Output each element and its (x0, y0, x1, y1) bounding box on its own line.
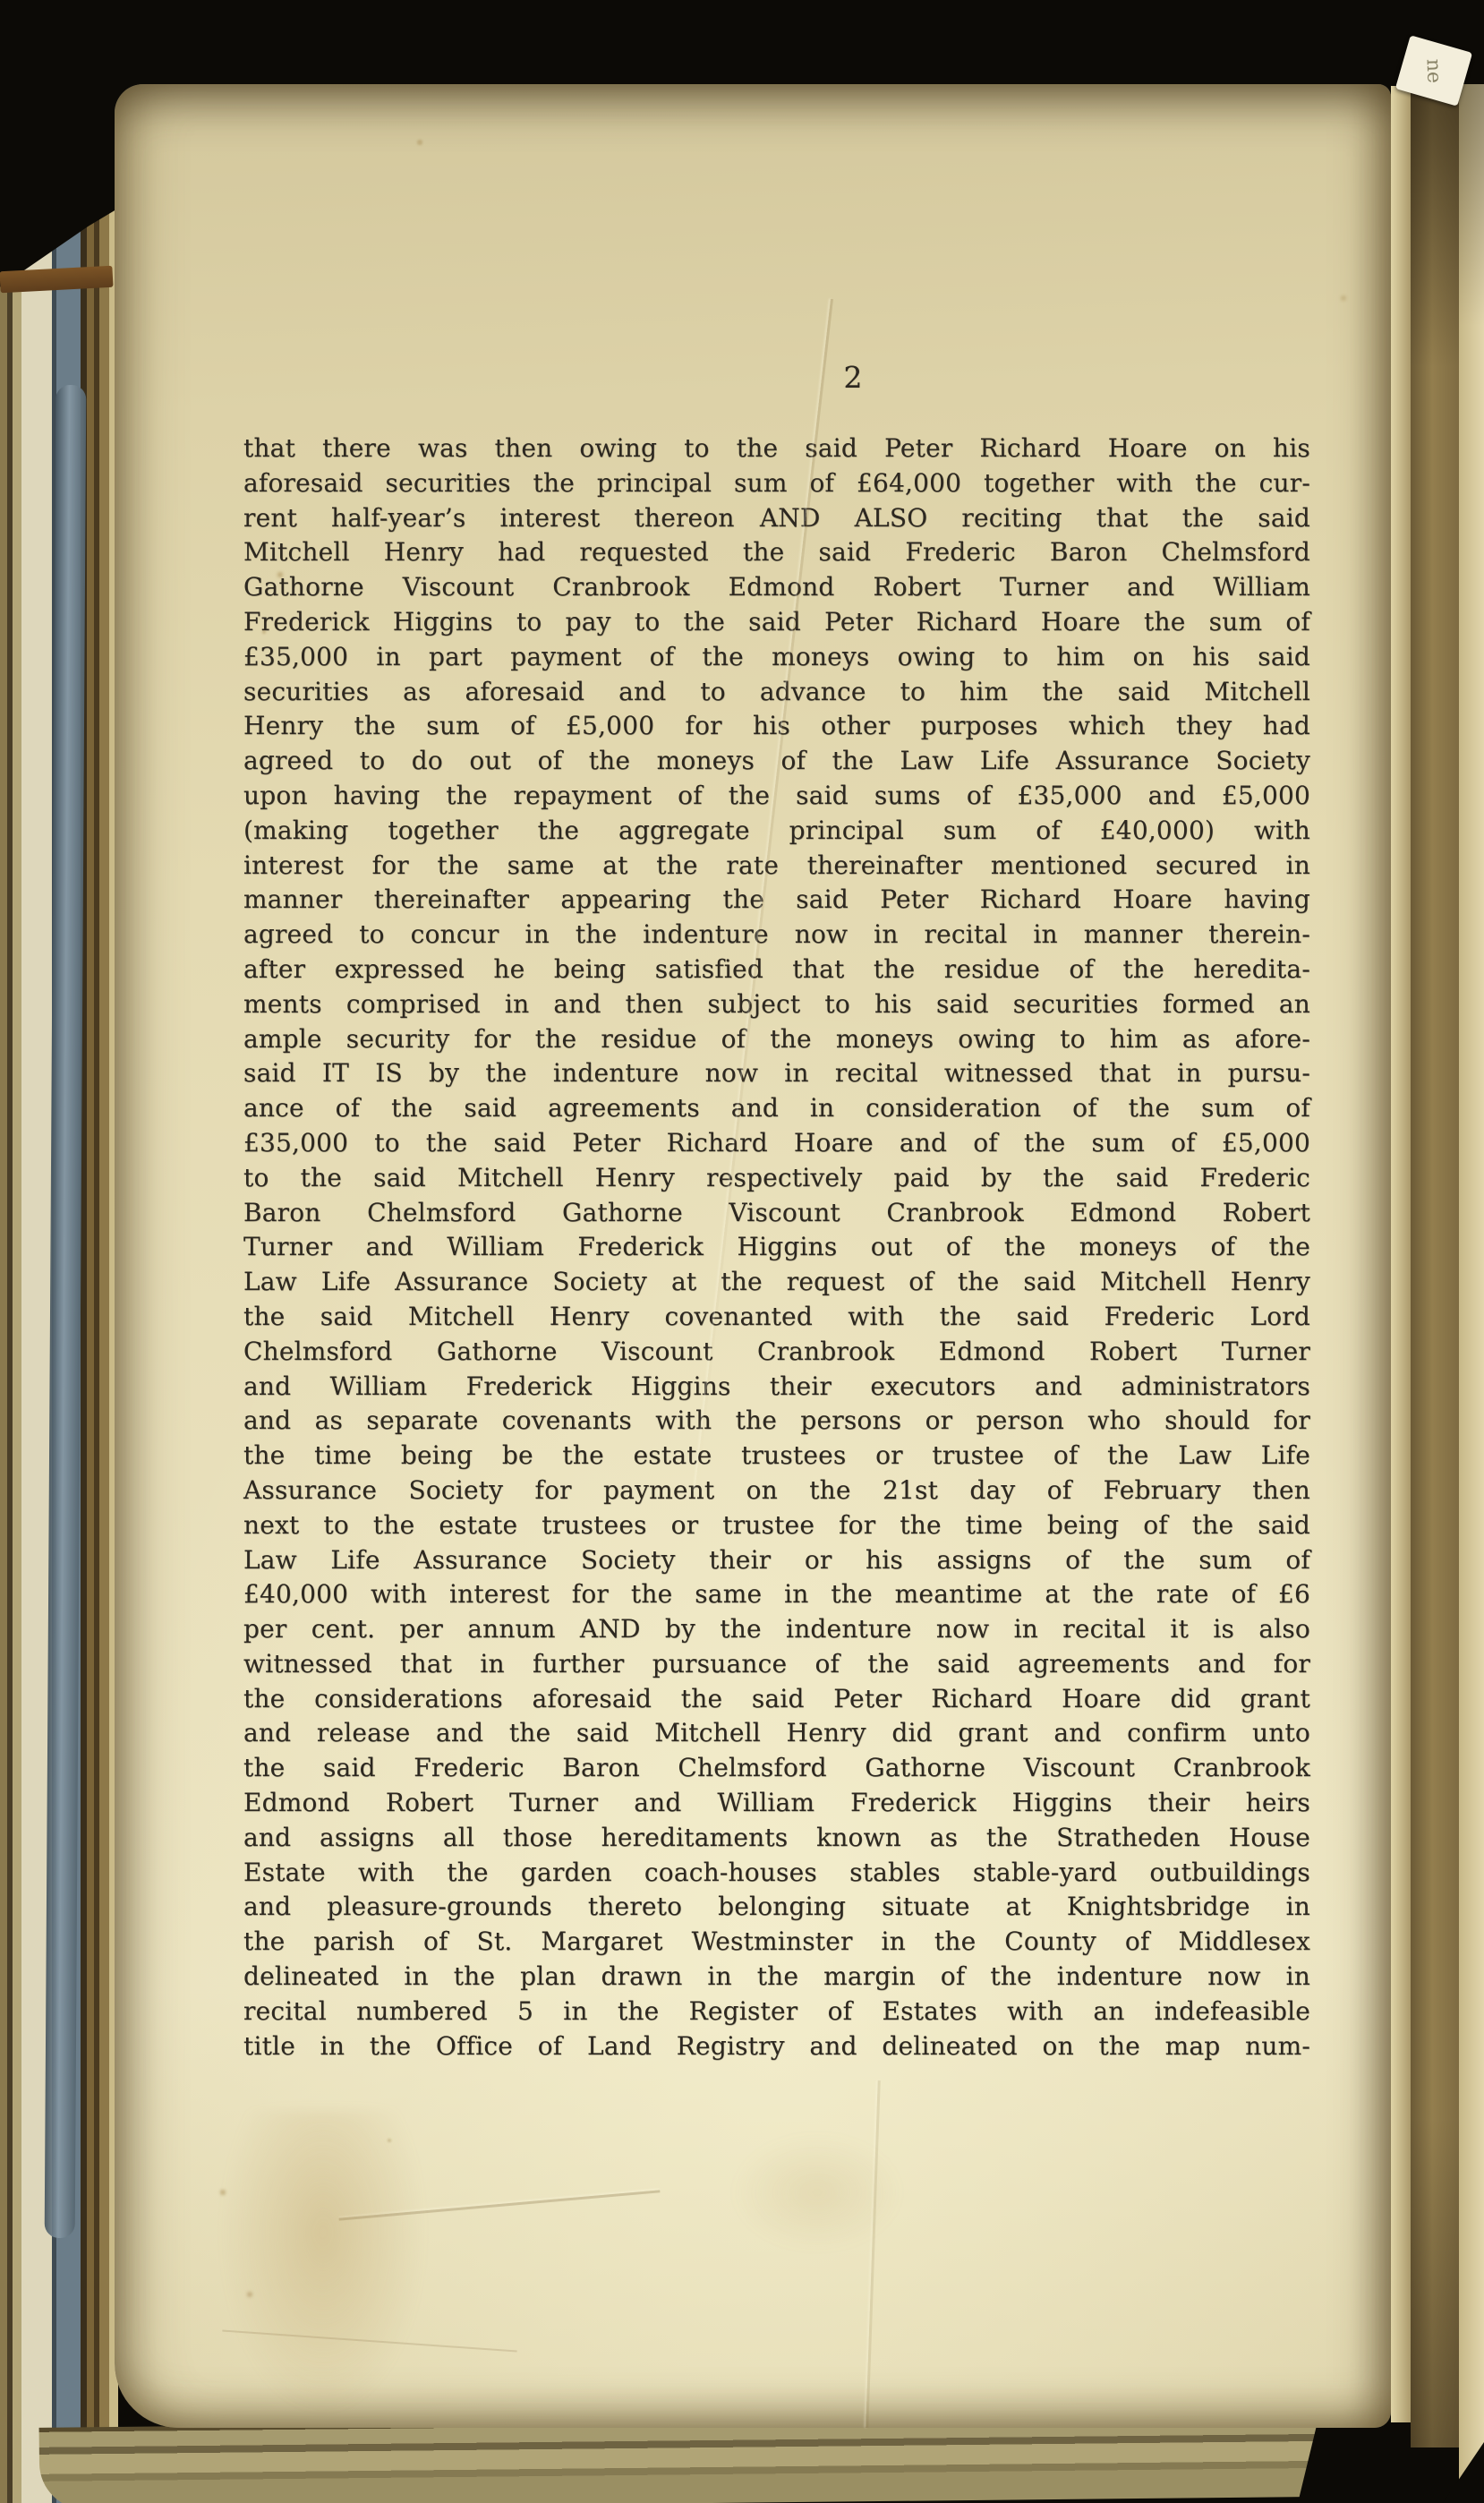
text-line: the said Mitchell Henry covenanted with … (243, 1300, 1310, 1335)
text-line: Turner and William Frederick Higgins out… (243, 1230, 1310, 1265)
text-line: and William Frederick Higgins their exec… (243, 1370, 1310, 1405)
page-fore-edge (1391, 86, 1411, 2422)
book-photo: 2 that there was then owing to the said … (0, 0, 1484, 2503)
text-line: rent half-year’s interest thereon AND AL… (243, 501, 1310, 536)
text-line: Gathorne Viscount Cranbrook Edmond Rober… (243, 570, 1310, 605)
text-line: manner thereinafter appearing the said P… (243, 883, 1310, 918)
text-line: title in the Office of Land Registry and… (243, 2029, 1310, 2064)
text-line: to the said Mitchell Henry respectively … (243, 1161, 1310, 1196)
text-line: £40,000 with interest for the same in th… (243, 1577, 1310, 1612)
text-line: said IT IS by the indenture now in recit… (243, 1056, 1310, 1091)
text-line: and release and the said Mitchell Henry … (243, 1716, 1310, 1751)
text-line: £35,000 to the said Peter Richard Hoare … (243, 1126, 1310, 1161)
text-line: ample security for the residue of the mo… (243, 1022, 1310, 1057)
text-line: Henry the sum of £5,000 for his other pu… (243, 709, 1310, 744)
document-page: 2 that there was then owing to the said … (115, 84, 1391, 2428)
text-line: Baron Chelmsford Gathorne Viscount Cranb… (243, 1196, 1310, 1231)
text-line: ance of the said agreements and in consi… (243, 1091, 1310, 1126)
text-line: and assigns all those hereditaments know… (243, 1821, 1310, 1856)
text-line: the considerations aforesaid the said Pe… (243, 1682, 1310, 1717)
text-line: ments comprised in and then subject to h… (243, 987, 1310, 1022)
text-line: Mitchell Henry had requested the said Fr… (243, 535, 1310, 570)
adjacent-page-edge (1459, 84, 1484, 2503)
text-line: Law Life Assurance Society at the reques… (243, 1265, 1310, 1300)
text-line: Law Life Assurance Society their or his … (243, 1543, 1310, 1578)
text-line: and as separate covenants with the perso… (243, 1404, 1310, 1439)
text-line: Chelmsford Gathorne Viscount Cranbrook E… (243, 1335, 1310, 1370)
text-line: the said Frederic Baron Chelmsford Gatho… (243, 1751, 1310, 1786)
text-line: that there was then owing to the said Pe… (243, 431, 1310, 466)
page-number: 2 (822, 360, 884, 395)
paper-stain (220, 2111, 426, 2415)
text-line: (making together the aggregate principal… (243, 814, 1310, 849)
paper-stain (732, 2134, 902, 2251)
text-line: Edmond Robert Turner and William Frederi… (243, 1786, 1310, 1821)
text-line: aforesaid securities the principal sum o… (243, 466, 1310, 501)
text-line: agreed to concur in the indenture now in… (243, 918, 1310, 953)
text-line: per cent. per annum AND by the indenture… (243, 1612, 1310, 1647)
text-line: the parish of St. Margaret Westminster i… (243, 1925, 1310, 1960)
paper-fragment-text: ne (1422, 58, 1446, 83)
text-line: and pleasure-grounds thereto belonging s… (243, 1890, 1310, 1925)
text-line: Assurance Society for payment on the 21s… (243, 1474, 1310, 1508)
page-text: that there was then owing to the said Pe… (243, 431, 1310, 2063)
text-line: Frederick Higgins to pay to the said Pet… (243, 605, 1310, 640)
text-line: interest for the same at the rate therei… (243, 849, 1310, 884)
text-line: Estate with the garden coach-houses stab… (243, 1856, 1310, 1891)
text-line: witnessed that in further pursuance of t… (243, 1647, 1310, 1682)
text-line: the time being be the estate trustees or… (243, 1439, 1310, 1474)
text-line: securities as aforesaid and to advance t… (243, 675, 1310, 710)
text-line: recital numbered 5 in the Register of Es… (243, 1995, 1310, 2029)
paper-crease (866, 2080, 881, 2428)
text-line: next to the estate trustees or trustee f… (243, 1508, 1310, 1543)
text-line: £35,000 in part payment of the moneys ow… (243, 640, 1310, 675)
gutter-shadow (1411, 84, 1459, 2447)
text-line: delineated in the plan drawn in the marg… (243, 1960, 1310, 1995)
foxing-spots (115, 84, 116, 86)
text-line: after expressed he being satisfied that … (243, 953, 1310, 987)
